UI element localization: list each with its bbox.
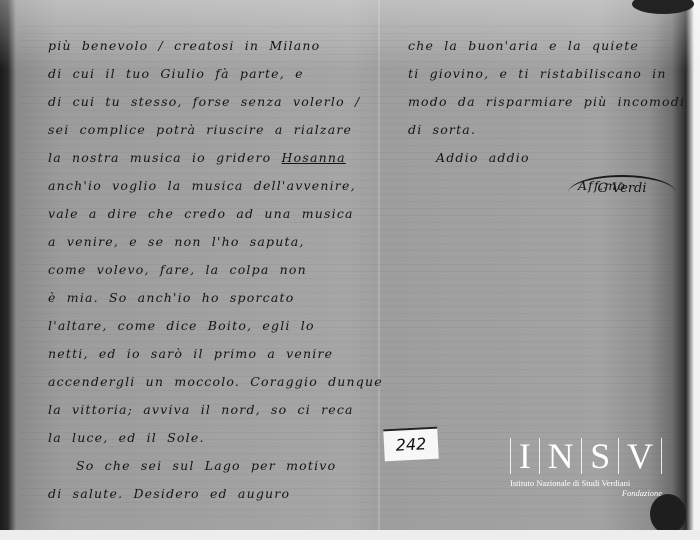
divider bbox=[539, 438, 540, 474]
letter-line: l'altare, come dice Boito, egli lo bbox=[48, 312, 383, 340]
scan-border bbox=[0, 530, 700, 540]
letter-line: di cui il tuo Giulio fà parte, e bbox=[48, 60, 383, 88]
letter-right-column: che la buon'aria e la quiete ti giovino,… bbox=[408, 32, 685, 200]
logo-letter: I bbox=[519, 435, 531, 477]
letter-line: So che sei sul Lago per motivo bbox=[48, 452, 383, 480]
letter-line: di salute. Desidero ed auguro bbox=[48, 480, 383, 508]
letter-line: la vittoria; avviva il nord, so ci reca bbox=[48, 396, 383, 424]
letter-line: è mia. So anch'io ho sporcato bbox=[48, 284, 383, 312]
watermark-institution: Istituto Nazionale di Studi Verdiani bbox=[510, 478, 662, 488]
manuscript-scan: più benevolo / creatosi in Milano di cui… bbox=[0, 0, 700, 540]
insv-watermark: I N S V Istituto Nazionale di Studi Verd… bbox=[510, 436, 662, 498]
letter-line: vale a dire che credo ad una musica bbox=[48, 200, 383, 228]
letter-line: di cui tu stesso, forse senza volerlo / bbox=[48, 88, 383, 116]
signature: G Verdi bbox=[568, 175, 676, 211]
letter-line: sei complice potrà riuscire a rialzare bbox=[48, 116, 383, 144]
divider bbox=[510, 438, 511, 474]
scan-edge-shadow bbox=[650, 494, 686, 534]
divider bbox=[581, 438, 582, 474]
underlined-word: Hosanna bbox=[282, 150, 346, 165]
letter-line: netti, ed io sarò il primo a venire bbox=[48, 340, 383, 368]
letter-left-column: più benevolo / creatosi in Milano di cui… bbox=[48, 32, 383, 508]
letter-line: modo da risparmiare più incomodi bbox=[408, 88, 685, 116]
archive-number-label: 242 bbox=[383, 427, 439, 462]
divider bbox=[618, 438, 619, 474]
letter-line: anch'io voglio la musica dell'avvenire, bbox=[48, 172, 383, 200]
scan-edge-shadow bbox=[632, 0, 694, 14]
letter-line: che la buon'aria e la quiete bbox=[408, 32, 685, 60]
letter-line: accendergli un moccolo. Coraggio dunque bbox=[48, 368, 383, 396]
letter-line: più benevolo / creatosi in Milano bbox=[48, 32, 383, 60]
letter-line: la nostra musica io gridero Hosanna bbox=[48, 144, 383, 172]
watermark-logo: I N S V bbox=[510, 436, 662, 476]
logo-letter: S bbox=[590, 435, 610, 477]
letter-line: Addio addio bbox=[408, 144, 685, 172]
logo-letter: V bbox=[627, 435, 653, 477]
letter-line: a venire, e se non l'ho saputa, bbox=[48, 228, 383, 256]
watermark-subtitle: Fondazione bbox=[510, 488, 662, 498]
letter-line: ti giovino, e ti ristabiliscano in bbox=[408, 60, 685, 88]
letter-line: di sorta. bbox=[408, 116, 685, 144]
letter-line: la luce, ed il Sole. bbox=[48, 424, 383, 452]
divider bbox=[661, 438, 662, 474]
logo-letter: N bbox=[548, 435, 574, 477]
letter-line: come volevo, fare, la colpa non bbox=[48, 256, 383, 284]
